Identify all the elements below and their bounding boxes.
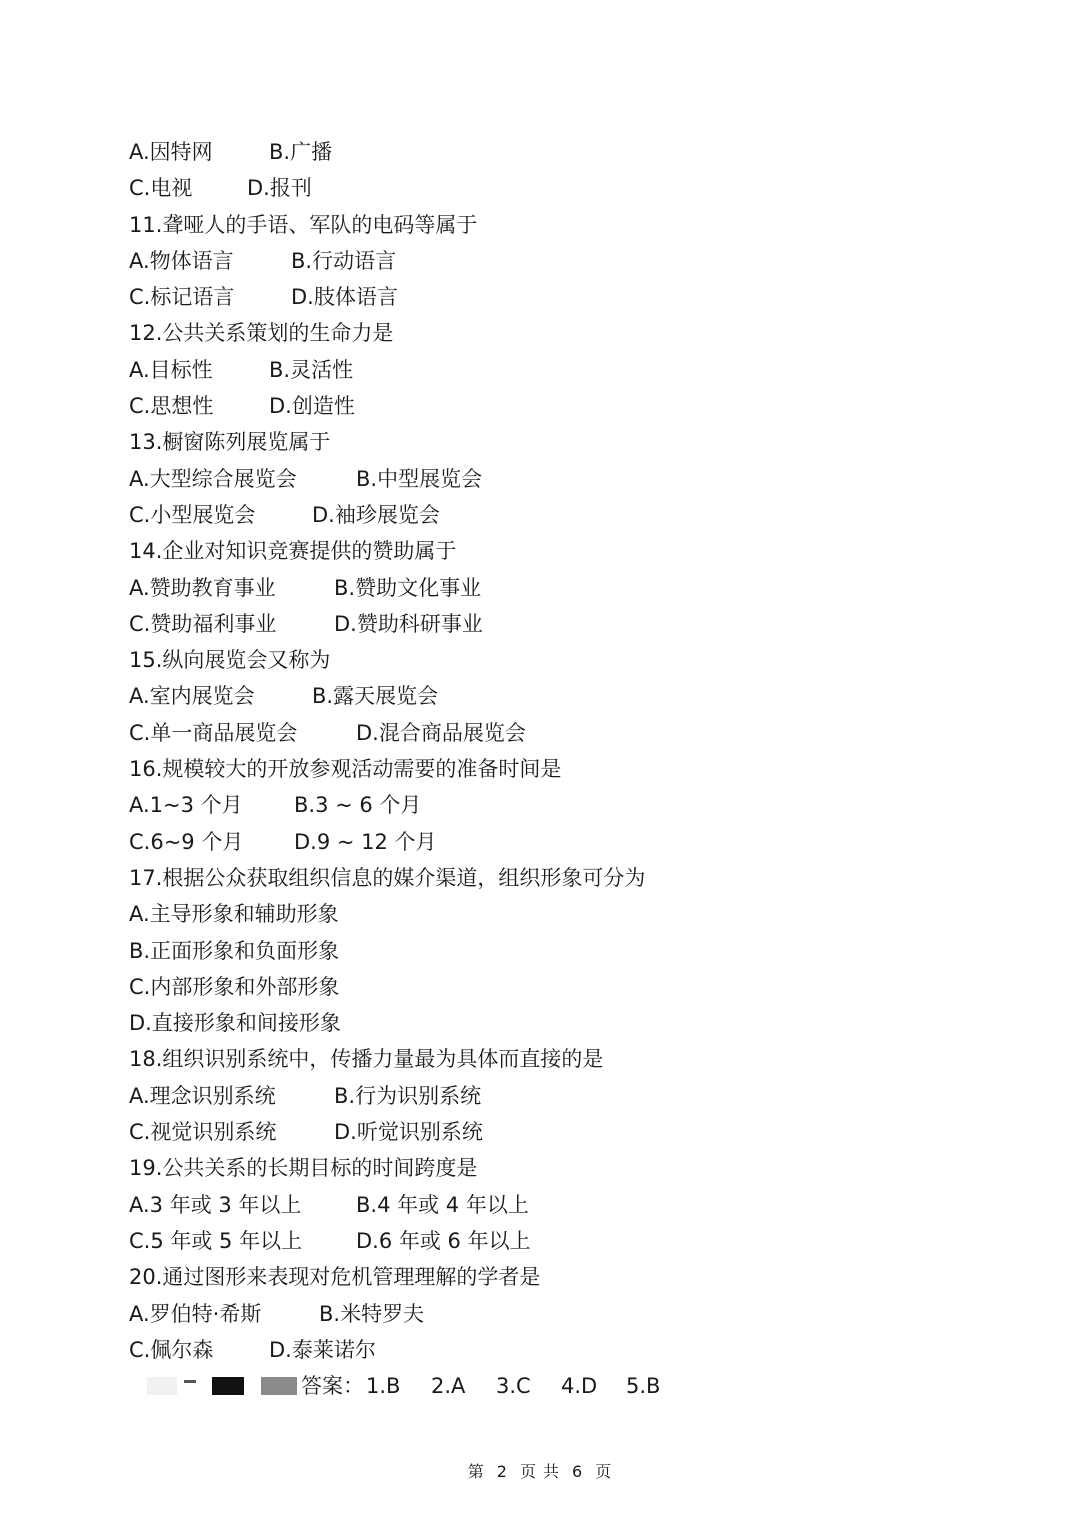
footer-suffix: 页	[595, 1462, 612, 1481]
footer-total-pages: 6	[572, 1462, 583, 1481]
answer-option: D.创造性	[269, 388, 355, 424]
option-row: A.主导形象和辅助形象	[129, 896, 949, 932]
answer-option: D.报刊	[247, 170, 312, 206]
answer-option: B.广播	[269, 134, 332, 170]
answer-option: C.视觉识别系统	[129, 1114, 276, 1150]
answer-option: D.听觉识别系统	[334, 1114, 483, 1150]
option-row: C.视觉识别系统D.听觉识别系统	[129, 1114, 949, 1150]
footer-page-number: 2	[497, 1462, 508, 1481]
answer-option: C.5 年或 5 年以上	[129, 1223, 302, 1259]
question-text: 18.组织识别系统中，传播力量最为具体而直接的是	[129, 1041, 949, 1077]
answer-option: D.9 ~ 12 个月	[294, 824, 437, 860]
answer-option: A.室内展览会	[129, 678, 255, 714]
answer-item: 1.B	[366, 1368, 400, 1404]
question-text: 15.纵向展览会又称为	[129, 642, 949, 678]
question-text: 19.公共关系的长期目标的时间跨度是	[129, 1150, 949, 1186]
answer-option: B.灵活性	[269, 352, 353, 388]
answer-option: C.小型展览会	[129, 497, 255, 533]
answer-item: 5.B	[626, 1368, 660, 1404]
answer-option: C.6~9 个月	[129, 824, 243, 860]
answer-option: A.目标性	[129, 352, 213, 388]
option-row: C.内部形象和外部形象	[129, 969, 949, 1005]
answer-option: B.赞助文化事业	[334, 570, 481, 606]
option-row: C.思想性D.创造性	[129, 388, 949, 424]
answer-option: C.标记语言	[129, 279, 234, 315]
option-row: B.正面形象和负面形象	[129, 933, 949, 969]
option-row: A.目标性B.灵活性	[129, 352, 949, 388]
option-row: A.物体语言B.行动语言	[129, 243, 949, 279]
answer-option: A.物体语言	[129, 243, 234, 279]
option-row: C.赞助福利事业D.赞助科研事业	[129, 606, 949, 642]
answer-option: B.正面形象和负面形象	[129, 933, 339, 969]
question-text: 16.规模较大的开放参观活动需要的准备时间是	[129, 751, 949, 787]
exam-page: A.因特网B.广播C.电视D.报刊11.聋哑人的手语、军队的电码等属于A.物体语…	[129, 134, 949, 1368]
answer-option: B.行为识别系统	[334, 1078, 481, 1114]
answer-option: A.理念识别系统	[129, 1078, 276, 1114]
option-row: C.6~9 个月D.9 ~ 12 个月	[129, 824, 949, 860]
answer-option: A.3 年或 3 年以上	[129, 1187, 301, 1223]
question-text: 14.企业对知识竞赛提供的赞助属于	[129, 533, 949, 569]
answer-option: D.直接形象和间接形象	[129, 1005, 341, 1041]
answer-option: B.露天展览会	[312, 678, 438, 714]
answer-option: B.米特罗夫	[319, 1296, 424, 1332]
answer-option: D.赞助科研事业	[334, 606, 483, 642]
answer-option: D.袖珍展览会	[312, 497, 440, 533]
question-text: 20.通过图形来表现对危机管理理解的学者是	[129, 1259, 949, 1295]
redacted-block	[261, 1377, 297, 1395]
option-row: C.佩尔森D.泰莱诺尔	[129, 1332, 949, 1368]
option-row: A.理念识别系统B.行为识别系统	[129, 1078, 949, 1114]
redacted-block	[184, 1380, 196, 1383]
answer-option: D.泰莱诺尔	[269, 1332, 376, 1368]
option-row: A.赞助教育事业B.赞助文化事业	[129, 570, 949, 606]
option-row: A.3 年或 3 年以上B.4 年或 4 年以上	[129, 1187, 949, 1223]
answer-option: D.6 年或 6 年以上	[356, 1223, 531, 1259]
option-row: A.大型综合展览会B.中型展览会	[129, 461, 949, 497]
option-row: C.5 年或 5 年以上D.6 年或 6 年以上	[129, 1223, 949, 1259]
answer-option: B.行动语言	[291, 243, 396, 279]
answer-option: A.因特网	[129, 134, 213, 170]
option-row: D.直接形象和间接形象	[129, 1005, 949, 1041]
answer-option: D.肢体语言	[291, 279, 398, 315]
redacted-block	[147, 1377, 177, 1395]
answer-option: C.佩尔森	[129, 1332, 213, 1368]
question-text: 12.公共关系策划的生命力是	[129, 315, 949, 351]
answer-option: B.中型展览会	[356, 461, 482, 497]
option-row: A.1~3 个月B.3 ~ 6 个月	[129, 787, 949, 823]
answer-option: C.电视	[129, 170, 192, 206]
answer-item: 3.C	[496, 1368, 531, 1404]
page-footer: 第2页 共6页	[0, 1459, 1080, 1482]
option-row: A.罗伯特·希斯B.米特罗夫	[129, 1296, 949, 1332]
answer-option: C.赞助福利事业	[129, 606, 276, 642]
option-row: C.小型展览会D.袖珍展览会	[129, 497, 949, 533]
answer-option: A.赞助教育事业	[129, 570, 276, 606]
footer-prefix: 第	[468, 1462, 485, 1481]
question-text: 13.橱窗陈列展览属于	[129, 424, 949, 460]
question-text: 11.聋哑人的手语、军队的电码等属于	[129, 207, 949, 243]
answer-label: 答案：	[301, 1368, 364, 1404]
answer-option: D.混合商品展览会	[356, 715, 526, 751]
option-row: C.单一商品展览会D.混合商品展览会	[129, 715, 949, 751]
option-row: C.电视D.报刊	[129, 170, 949, 206]
answer-option: B.3 ~ 6 个月	[294, 787, 421, 823]
answer-item: 4.D	[561, 1368, 597, 1404]
answer-option: C.思想性	[129, 388, 213, 424]
answer-option: A.主导形象和辅助形象	[129, 896, 339, 932]
answer-option: A.大型综合展览会	[129, 461, 297, 497]
answer-option: C.内部形象和外部形象	[129, 969, 339, 1005]
answer-option: A.1~3 个月	[129, 787, 243, 823]
footer-middle: 页 共	[520, 1462, 560, 1481]
redacted-block	[212, 1377, 244, 1395]
answer-option: A.罗伯特·希斯	[129, 1296, 261, 1332]
option-row: C.标记语言D.肢体语言	[129, 279, 949, 315]
option-row: A.室内展览会B.露天展览会	[129, 678, 949, 714]
answer-item: 2.A	[431, 1368, 465, 1404]
option-row: A.因特网B.广播	[129, 134, 949, 170]
answer-option: C.单一商品展览会	[129, 715, 297, 751]
question-text: 17.根据公众获取组织信息的媒介渠道，组织形象可分为	[129, 860, 949, 896]
answer-option: B.4 年或 4 年以上	[356, 1187, 529, 1223]
